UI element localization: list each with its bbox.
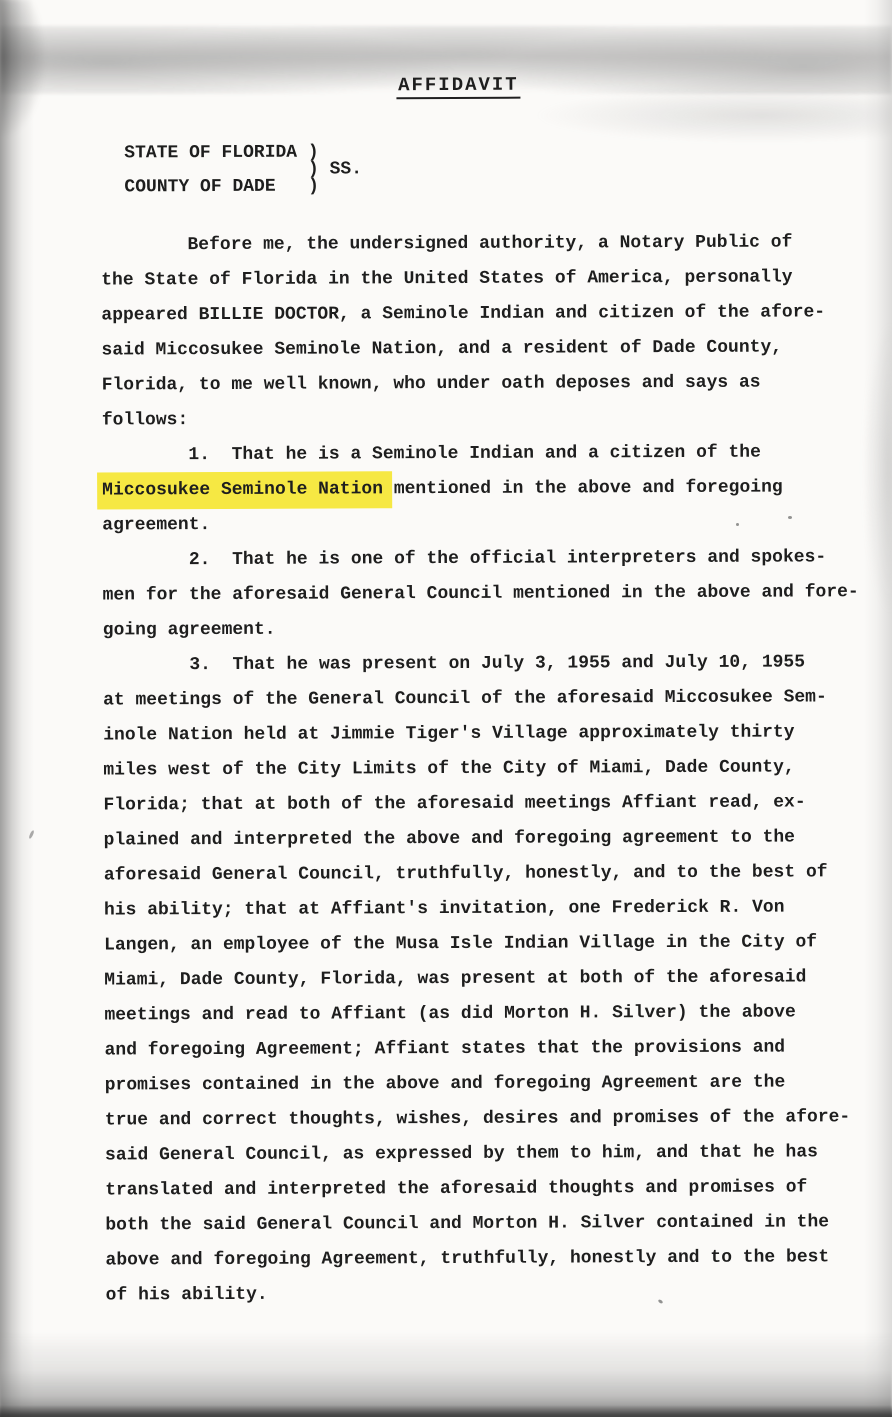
scanned-page: AFFIDAVIT STATE OF FLORIDA ) ) SS. COUNT… [0,0,892,1417]
title-row: AFFIDAVIT [0,72,892,101]
affidavit-line: 1. That he is a Seminole Indian and a ci… [102,435,864,473]
affidavit-line: said General Council, as expressed by th… [105,1135,867,1173]
affidavit-line: both the said General Council and Morton… [105,1205,867,1243]
affidavit-line: appeared BILLIE DOCTOR, a Seminole India… [101,295,863,333]
affidavit-line: aforesaid General Council, truthfully, h… [104,855,866,893]
affidavit-line: Langen, an employee of the Musa Isle Ind… [104,925,866,963]
document-title: AFFIDAVIT [396,74,521,100]
affidavit-line: plained and interpreted the above and fo… [104,820,866,858]
affidavit-line: translated and interpreted the aforesaid… [105,1170,867,1208]
affidavit-line: going agreement. [103,610,865,648]
highlighted-text: Miccosukee Seminole Nation [97,471,392,509]
affidavit-line: inole Nation held at Jimmie Tiger's Vill… [103,715,865,753]
affidavit-line: 3. That he was present on July 3, 1955 a… [103,645,865,683]
affidavit-line: promises contained in the above and fore… [105,1065,867,1103]
affidavit-line: above and foregoing Agreement, truthfull… [105,1240,867,1278]
venue-block: STATE OF FLORIDA ) ) SS. COUNTY OF DADE … [103,144,362,196]
affidavit-line: Miccosukee Seminole Nation mentioned in … [102,470,864,508]
affidavit-line: follows: [102,400,864,438]
affidavit-document: AFFIDAVIT STATE OF FLORIDA ) ) SS. COUNT… [0,0,892,1417]
affidavit-line: Florida, to me well known, who under oat… [102,365,864,403]
affidavit-line: miles west of the City Limits of the Cit… [103,750,865,788]
affidavit-line: at meetings of the General Council of th… [103,680,865,718]
affidavit-line: his ability; that at Affiant's invitatio… [104,890,866,928]
affidavit-line: meetings and read to Affiant (as did Mor… [104,995,866,1033]
body-lines: Before me, the undersigned authority, a … [101,225,868,1313]
affidavit-line: Miami, Dade County, Florida, was present… [104,960,866,998]
affidavit-line: Florida; that at both of the aforesaid m… [103,785,865,823]
affidavit-line: true and correct thoughts, wishes, desir… [105,1100,867,1138]
affidavit-line: men for the aforesaid General Council me… [103,575,865,613]
affidavit-line: Before me, the undersigned authority, a … [101,225,863,263]
affidavit-line: agreement. [102,505,864,543]
venue-line-county: COUNTY OF DADE ) [103,178,362,196]
affidavit-line: of his ability. [106,1275,868,1313]
affidavit-line: said Miccosukee Seminole Nation, and a r… [101,330,863,368]
affidavit-line: and foregoing Agreement; Affiant states … [105,1030,867,1068]
affidavit-line: the State of Florida in the United State… [101,260,863,298]
affidavit-line: 2. That he is one of the official interp… [102,540,864,578]
